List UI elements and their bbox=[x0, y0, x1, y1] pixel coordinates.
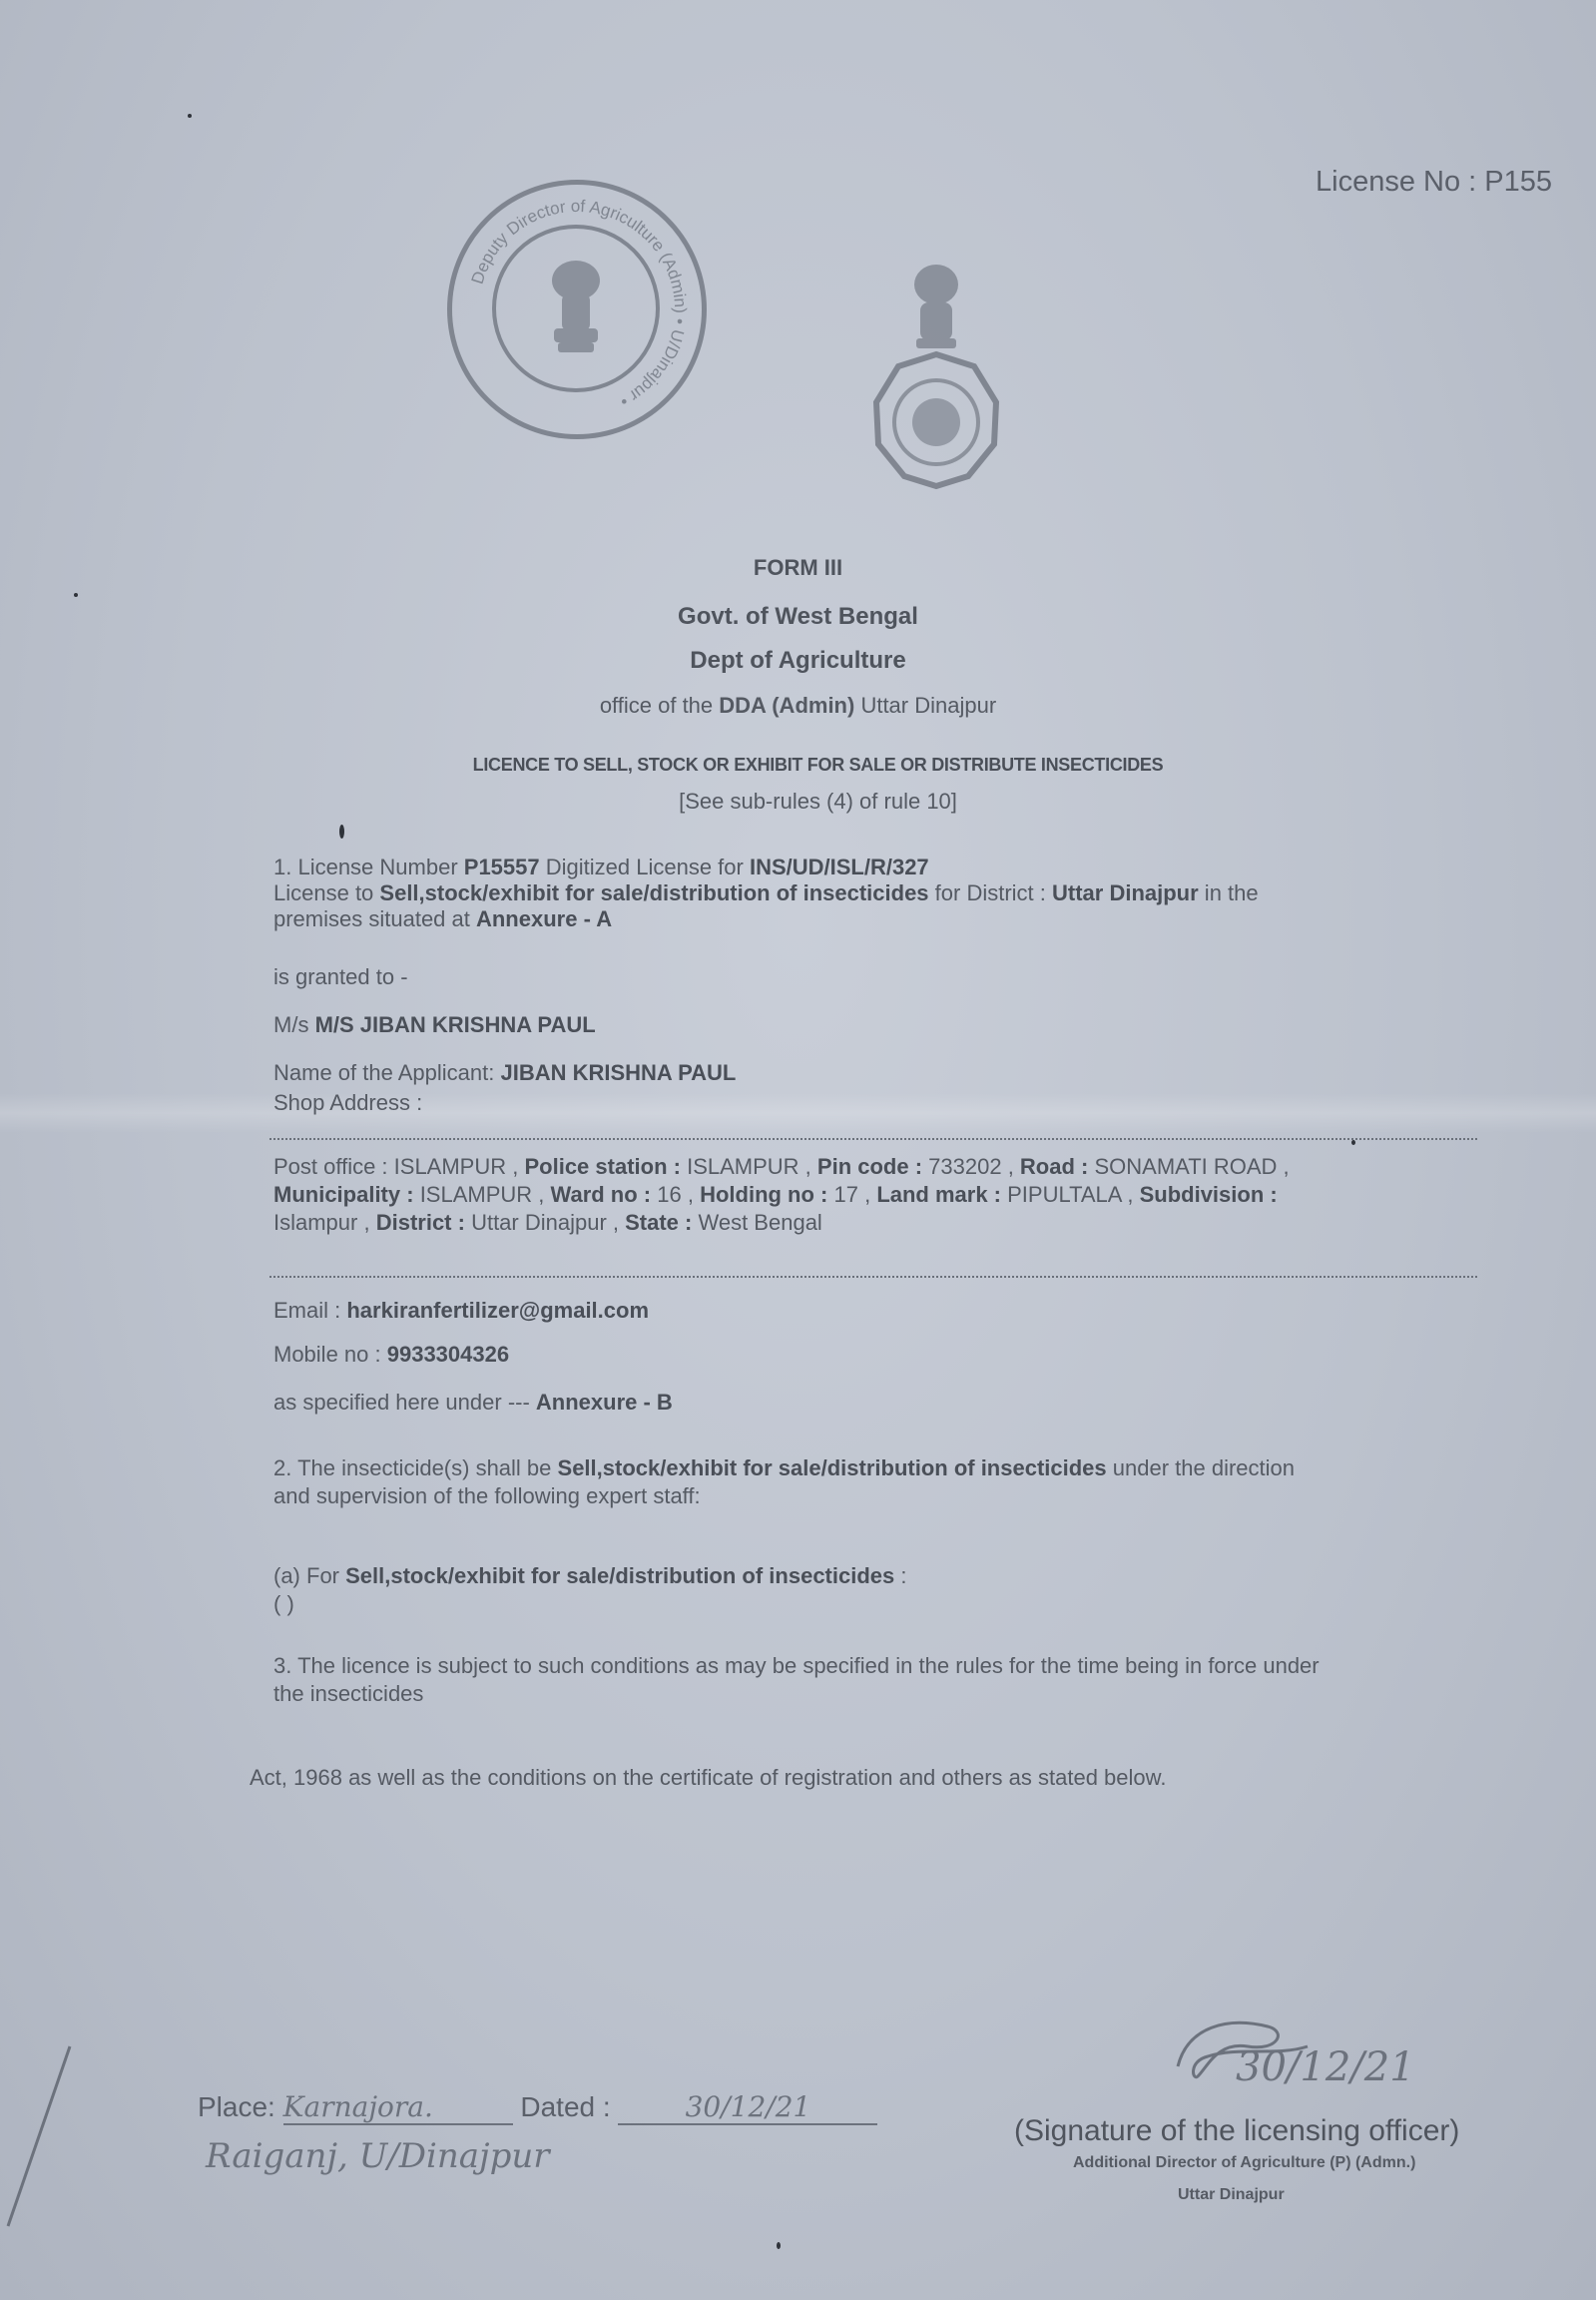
text: Land mark : bbox=[876, 1182, 1007, 1207]
place-handwritten-line2: Raiganj, U/Dinajpur bbox=[206, 2136, 549, 2176]
text: Holding no : bbox=[700, 1182, 833, 1207]
section3-line1: 3. The licence is subject to such condit… bbox=[273, 1653, 1561, 1679]
text: under the direction bbox=[1107, 1455, 1295, 1480]
address-line2: Municipality : ISLAMPUR , Ward no : 16 ,… bbox=[273, 1182, 1561, 1208]
mobile-value: 9933304326 bbox=[387, 1342, 509, 1367]
sub-rules-reference: [See sub-rules (4) of rule 10] bbox=[20, 789, 1596, 815]
place-row: Place: Karnajora. Dated : 30/12/21 bbox=[198, 2090, 877, 2125]
text: premises situated at bbox=[273, 906, 476, 931]
road-value: SONAMATI ROAD bbox=[1094, 1154, 1277, 1179]
text: Municipality : bbox=[273, 1182, 420, 1207]
annexure-a-ref: Annexure - A bbox=[476, 906, 612, 931]
form-title: FORM III bbox=[0, 555, 1596, 581]
license-number-header: License No : P155 bbox=[1316, 166, 1552, 199]
section1-line1: 1. License Number P15557 Digitized Licen… bbox=[273, 855, 1511, 880]
section2-purpose: Sell,stock/exhibit for sale/distribution… bbox=[558, 1455, 1107, 1480]
section2-line2: and supervision of the following expert … bbox=[273, 1483, 1511, 1509]
text: State : bbox=[625, 1210, 698, 1235]
department-name: Dept of Agriculture bbox=[0, 647, 1596, 675]
office-name: DDA (Admin) bbox=[719, 693, 854, 718]
applicant-line: Name of the Applicant: JIBAN KRISHNA PAU… bbox=[273, 1060, 1511, 1086]
text: Name of the Applicant: bbox=[273, 1060, 500, 1085]
mobile-line: Mobile no : 9933304326 bbox=[273, 1342, 1511, 1368]
text: : bbox=[894, 1563, 906, 1588]
licence-title: LICENCE TO SELL, STOCK OR EXHIBIT FOR SA… bbox=[20, 755, 1596, 776]
section3-line3: Act, 1968 as well as the conditions on t… bbox=[250, 1765, 1487, 1791]
digitized-license-value: INS/UD/ISL/R/327 bbox=[750, 855, 929, 879]
annexure-b-line: as specified here under --- Annexure - B bbox=[273, 1390, 1511, 1416]
text: 1. License Number bbox=[273, 855, 464, 879]
firm-name: M/S JIBAN KRISHNA PAUL bbox=[315, 1012, 596, 1037]
license-number-value: P15557 bbox=[464, 855, 540, 879]
pin-code-value: 733202 bbox=[928, 1154, 1001, 1179]
granted-to-label: is granted to - bbox=[273, 964, 1511, 990]
section3-line2: the insecticides bbox=[273, 1681, 1511, 1707]
section2-line1: 2. The insecticide(s) shall be Sell,stoc… bbox=[273, 1455, 1551, 1481]
officer-stamp-line2: Uttar Dinajpur bbox=[1178, 2186, 1285, 2204]
ward-value: 16 bbox=[657, 1182, 681, 1207]
ink-speck bbox=[1351, 1140, 1355, 1145]
holding-value: 17 bbox=[833, 1182, 857, 1207]
email-value: harkiranfertilizer@gmail.com bbox=[346, 1298, 649, 1323]
ink-speck bbox=[188, 114, 192, 118]
text: Road : bbox=[1020, 1154, 1095, 1179]
annexure-b-ref: Annexure - B bbox=[536, 1390, 673, 1415]
seal-inner-ring bbox=[492, 225, 660, 392]
text: as specified here under --- bbox=[273, 1390, 536, 1415]
district-value: Uttar Dinajpur bbox=[1052, 880, 1199, 905]
post-office-value: ISLAMPUR bbox=[394, 1154, 506, 1179]
text: Pin code : bbox=[817, 1154, 928, 1179]
text: 2. The insecticide(s) shall be bbox=[273, 1455, 558, 1480]
address-line1: Post office : ISLAMPUR , Police station … bbox=[273, 1154, 1551, 1180]
officer-stamp-line1: Additional Director of Agriculture (P) (… bbox=[1073, 2154, 1415, 2172]
license-document: License No : P155 Deputy Director of Agr… bbox=[0, 0, 1596, 2300]
email-line: Email : harkiranfertilizer@gmail.com bbox=[273, 1298, 1511, 1324]
text: for District : bbox=[929, 880, 1052, 905]
ink-speck bbox=[74, 593, 78, 597]
shop-address-label: Shop Address : bbox=[273, 1090, 1511, 1116]
text: License to bbox=[273, 880, 379, 905]
state-value: West Bengal bbox=[698, 1210, 821, 1235]
office-prefix: office of the bbox=[600, 693, 719, 718]
office-district: Uttar Dinajpur bbox=[854, 693, 996, 718]
signature-caption: (Signature of the licensing officer) bbox=[1014, 2114, 1459, 2148]
text: Email : bbox=[273, 1298, 346, 1323]
landmark-value: PIPULTALA bbox=[1007, 1182, 1121, 1207]
license-purpose: Sell,stock/exhibit for sale/distribution… bbox=[379, 880, 928, 905]
signature-date-handwritten: 30/12/21 bbox=[1236, 2044, 1415, 2090]
west-bengal-emblem-icon bbox=[856, 255, 1016, 494]
text: Ward no : bbox=[551, 1182, 658, 1207]
text: Police station : bbox=[524, 1154, 687, 1179]
text: in the bbox=[1199, 880, 1259, 905]
police-station-value: ISLAMPUR bbox=[687, 1154, 798, 1179]
text: Subdivision : bbox=[1140, 1182, 1278, 1207]
dotted-divider bbox=[269, 1138, 1477, 1140]
margin-pen-stroke bbox=[0, 2036, 80, 2236]
date-handwritten: 30/12/21 bbox=[618, 2090, 877, 2125]
ink-speck bbox=[777, 2242, 781, 2249]
firm-line: M/s M/S JIBAN KRISHNA PAUL bbox=[273, 1012, 1511, 1038]
item-a-purpose: Sell,stock/exhibit for sale/distribution… bbox=[345, 1563, 894, 1588]
place-label: Place: bbox=[198, 2091, 275, 2122]
section1-line3: premises situated at Annexure - A bbox=[273, 906, 1511, 932]
ink-speck bbox=[339, 825, 344, 839]
municipality-value: ISLAMPUR bbox=[420, 1182, 532, 1207]
subdivision-value: Islampur bbox=[273, 1210, 357, 1235]
address-district-value: Uttar Dinajpur bbox=[471, 1210, 607, 1235]
government-name: Govt. of West Bengal bbox=[0, 603, 1596, 631]
section1-line2: License to Sell,stock/exhibit for sale/d… bbox=[273, 880, 1531, 906]
office-line: office of the DDA (Admin) Uttar Dinajpur bbox=[0, 693, 1596, 719]
place-handwritten: Karnajora. bbox=[283, 2090, 513, 2125]
text: (a) For bbox=[273, 1563, 345, 1588]
text: M/s bbox=[273, 1012, 315, 1037]
deputy-director-seal-icon: Deputy Director of Agriculture (Admin) •… bbox=[447, 180, 707, 439]
dated-label: Dated : bbox=[520, 2091, 610, 2122]
applicant-name: JIBAN KRISHNA PAUL bbox=[500, 1060, 736, 1085]
text: Mobile no : bbox=[273, 1342, 387, 1367]
text: District : bbox=[376, 1210, 471, 1235]
section2-item-a-value: ( ) bbox=[273, 1591, 1511, 1617]
section2-item-a: (a) For Sell,stock/exhibit for sale/dist… bbox=[273, 1563, 1511, 1589]
address-line3: Islampur , District : Uttar Dinajpur , S… bbox=[273, 1210, 1511, 1236]
dotted-divider bbox=[269, 1276, 1477, 1278]
text: Digitized License for bbox=[540, 855, 750, 879]
text: Post office : bbox=[273, 1154, 394, 1179]
ashoka-emblem-icon bbox=[496, 229, 656, 388]
